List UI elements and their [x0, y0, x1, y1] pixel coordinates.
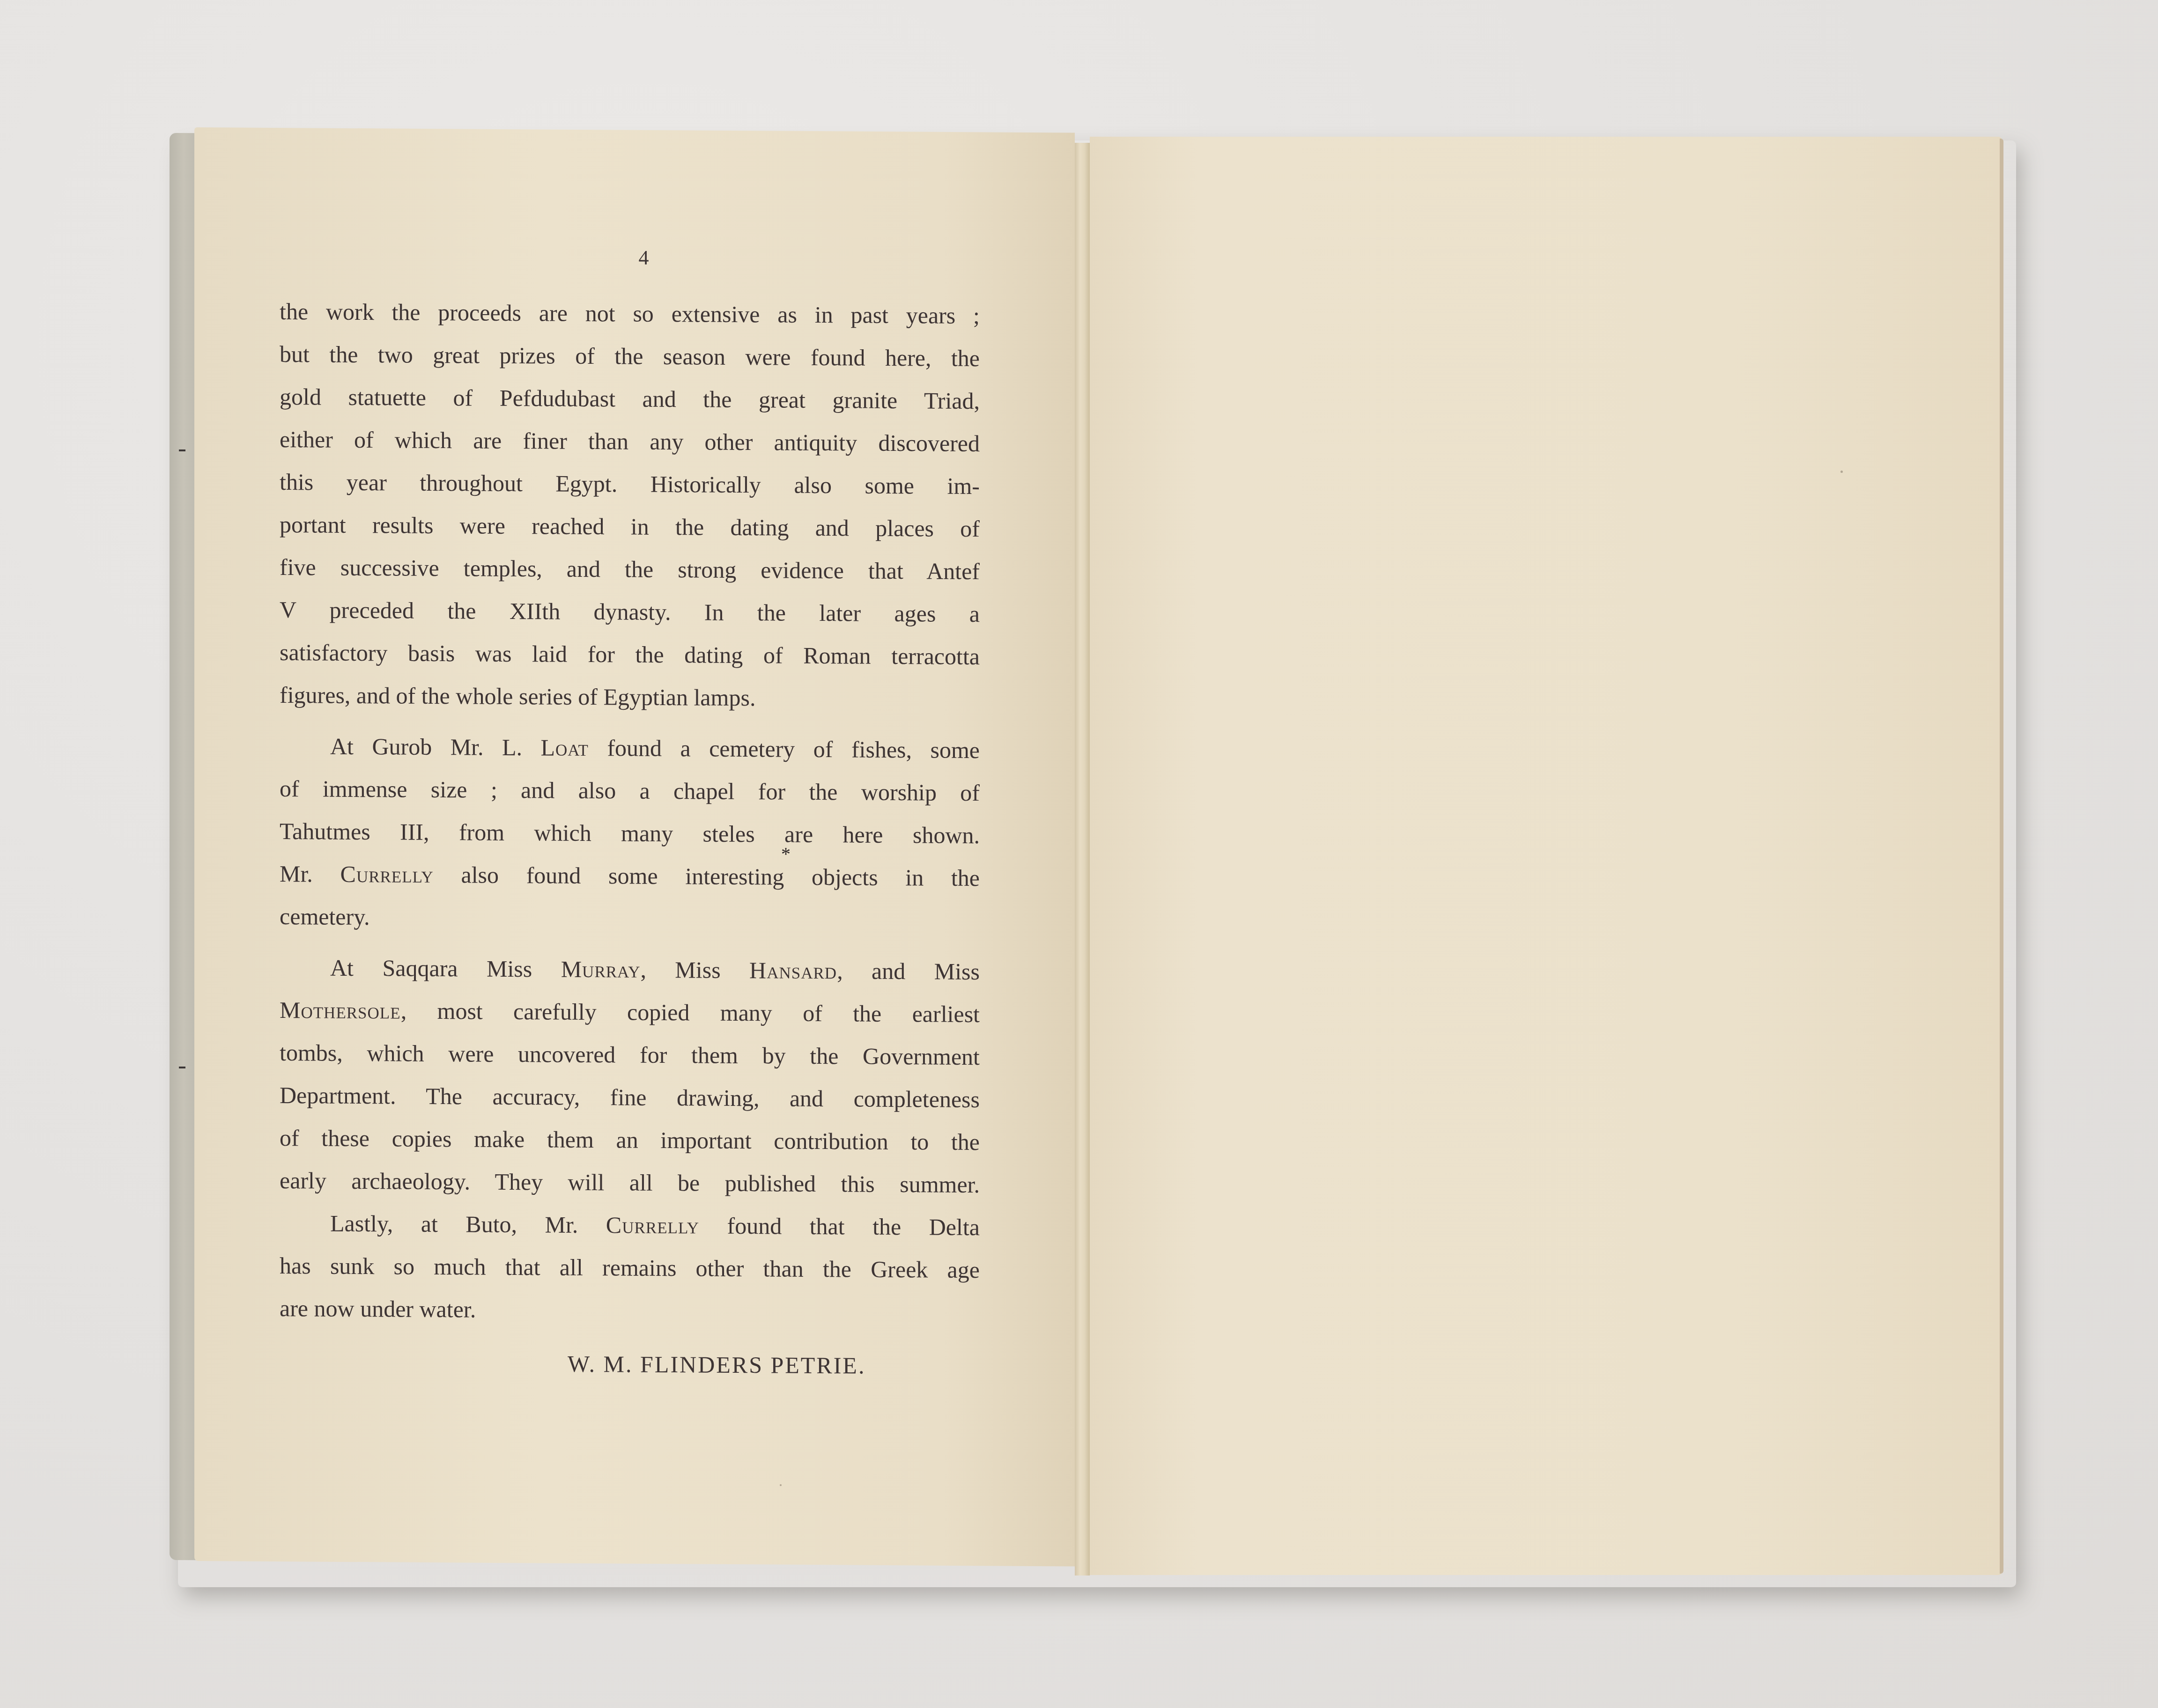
- text-line: five successive temples, and the strong …: [280, 546, 980, 593]
- left-page-text: 4 the work the proceeds are not so exten…: [280, 243, 980, 1388]
- text-line: tombs, which were uncovered for them by …: [280, 1031, 980, 1078]
- paper-speck: [780, 1484, 782, 1486]
- text-line: Lastly, at Buto, Mr. Currelly found that…: [280, 1202, 980, 1249]
- ink-asterisk-mark: *: [781, 843, 791, 865]
- text-line: of immense size ; and also a chapel for …: [280, 767, 980, 814]
- paper-speck: [1840, 471, 1843, 473]
- paragraph-2: At Gurob Mr. L. Loat found a cemetery of…: [280, 725, 980, 942]
- text-line: has sunk so much that all remains other …: [280, 1244, 980, 1291]
- small-caps-name: Hansard: [749, 957, 837, 984]
- text-line: Tahutmes III, from which many steles are…: [280, 810, 980, 857]
- text-line: the work the proceeds are not so extensi…: [280, 290, 980, 337]
- right-page-edge: [2000, 139, 2003, 1574]
- small-caps-name: Currelly: [606, 1212, 699, 1238]
- text-line: At Gurob Mr. L. Loat found a cemetery of…: [280, 725, 980, 772]
- text-line: Mr. Currelly also found some interesting…: [280, 853, 980, 899]
- paragraph-1: the work the proceeds are not so extensi…: [280, 290, 980, 721]
- paragraph-3: At Saqqara Miss Murray, Miss Hansard, an…: [280, 946, 980, 1206]
- text-line: Department. The accuracy, fine drawing, …: [280, 1074, 980, 1121]
- text-line: this year throughout Egypt. Historically…: [280, 461, 980, 508]
- text-line: either of which are finer than any other…: [280, 418, 980, 465]
- page-number: 4: [280, 243, 980, 276]
- text-line: of these copies make them an important c…: [280, 1117, 980, 1163]
- small-caps-name: Loat: [540, 734, 589, 761]
- margin-mark: [179, 449, 185, 451]
- text-line: cemetery.: [280, 895, 980, 942]
- small-caps-name: Mothersole: [280, 997, 401, 1024]
- paragraph-4: Lastly, at Buto, Mr. Currelly found that…: [280, 1202, 980, 1334]
- small-caps-name: Currelly: [340, 861, 434, 888]
- text-line: satisfactory basis was laid for the dati…: [280, 631, 980, 678]
- text-line: At Saqqara Miss Murray, Miss Hansard, an…: [280, 946, 980, 993]
- text-line: V preceded the XIIth dynasty. In the lat…: [280, 589, 980, 635]
- text-line: but the two great prizes of the season w…: [280, 333, 980, 380]
- author-signature: W. M. FLINDERS PETRIE.: [280, 1341, 980, 1388]
- right-page-blank: [1090, 137, 2002, 1575]
- small-caps-name: Murray: [561, 956, 641, 983]
- text-line: are now under water.: [280, 1287, 980, 1334]
- text-line: early archaeology. They will all be publ…: [280, 1159, 980, 1206]
- text-line: Mothersole, most carefully copied many o…: [280, 989, 980, 1036]
- spine-gutter: [1075, 143, 1090, 1575]
- margin-mark: [179, 1067, 185, 1068]
- text-line: portant results were reached in the dati…: [280, 503, 980, 550]
- text-line: figures, and of the whole series of Egyp…: [280, 674, 980, 721]
- text-line: gold statuette of Pefdudubast and the gr…: [280, 375, 980, 422]
- cover-edge: [170, 133, 198, 1560]
